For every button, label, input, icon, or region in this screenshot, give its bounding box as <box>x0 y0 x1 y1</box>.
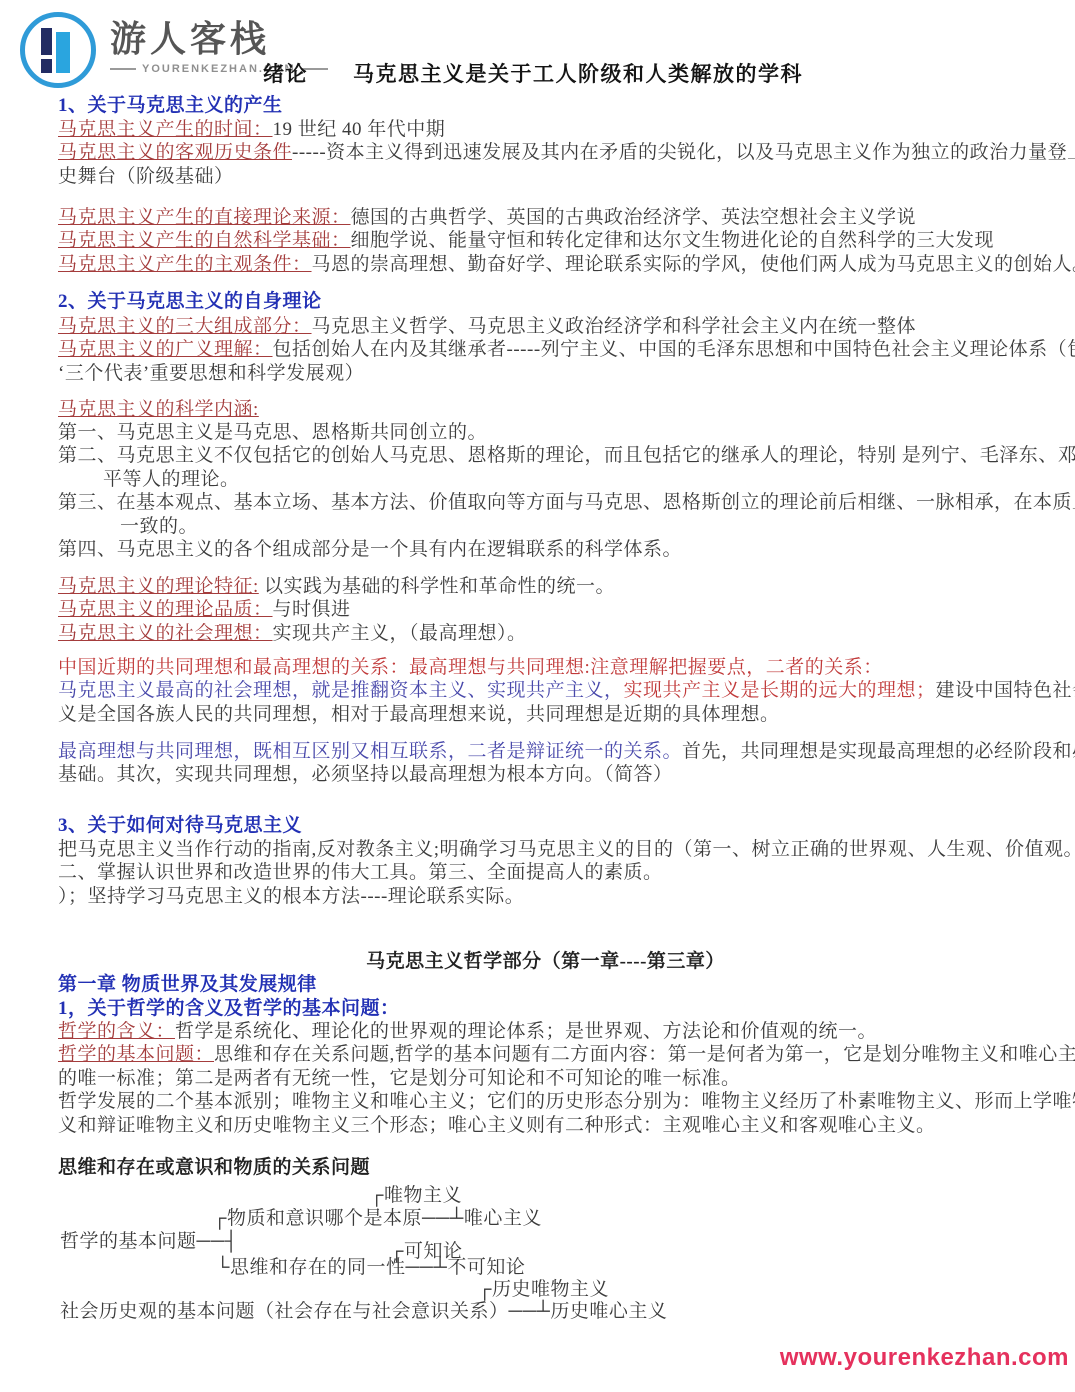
term-label: 马克思主义的社会理想： <box>58 623 273 644</box>
term-label: 马克思主义产生的主观条件： <box>58 254 312 275</box>
diagram-node: 哲学的基本问题──┤ <box>60 1226 238 1253</box>
bold-text: 思维和存在或意识和物质的关系问题 <box>58 1157 370 1178</box>
text-line: 马克思主义的社会理想：实现共产主义，（最高理想）。 <box>58 622 1033 645</box>
text-block: 中国近期的共同理想和最高理想的关系：最高理想与共同理想:注意理解把握要点，二者的… <box>58 656 1033 726</box>
section-heading: 第一章 物质世界及其发展规律 <box>58 974 317 995</box>
text-line: ‘三个代表’重要思想和科学发展观） <box>58 362 1033 385</box>
text-block: 马克思主义的科学内涵: <box>58 398 1033 421</box>
red-text: 实现共产主义是长期的远大的理想； <box>624 680 936 701</box>
body-text: 平等人的理论。 <box>103 469 240 490</box>
text-line: 马克思主义产生的自然科学基础：细胞学说、能量守恒和转化定律和达尔文生物进化论的自… <box>58 229 1033 252</box>
logo-icon <box>20 12 96 88</box>
text-line: 马克思主义最高的社会理想，就是推翻资本主义、实现共产主义，实现共产主义是长期的远… <box>58 679 1033 702</box>
text-line: 马克思主义的理论特征: 以实践为基础的科学性和革命性的统一。 <box>58 575 1033 598</box>
body-text: 把马克思主义当作行动的指南,反对教条主义;明确学习马克思主义的目的（第一、树立正… <box>58 839 1075 860</box>
body-text: 基础。其次，实现共同理想，必须坚持以最高理想为根本方向。（简答） <box>58 764 673 785</box>
body-text: 第二、马克思主义不仅包括它的创始人马克思、恩格斯的理论，而且包括它的继承人的理论… <box>58 445 1075 466</box>
body-text: 首先，共同理想是实现最高理想的必经阶段和必要 <box>682 741 1075 762</box>
body-text: 第一、马克思主义是马克思、恩格斯共同创立的。 <box>58 422 487 443</box>
text-block: 1、关于马克思主义的产生 <box>58 94 1033 117</box>
text-line: 马克思主义产生的直接理论来源：德国的古典哲学、英国的古典政治经济学、英法空想社会… <box>58 206 1033 229</box>
text-line: 第一、马克思主义是马克思、恩格斯共同创立的。 <box>58 421 1033 444</box>
text-line: 平等人的理论。 <box>58 468 1033 491</box>
text-line: 最高理想与共同理想，既相互区别又相互联系，二者是辩证统一的关系。首先，共同理想是… <box>58 740 1033 763</box>
text-line: 哲学的含义：哲学是系统化、理论化的世界观的理论体系；是世界观、方法论和价值观的统… <box>58 1020 1033 1043</box>
logo-bar-dark <box>41 28 52 55</box>
text-line: 马克思主义产生的主观条件：马恩的崇高理想、勤奋好学、理论联系实际的学风，使他们两… <box>58 253 1033 276</box>
text-line: 马克思主义的理论品质：与时俱进 <box>58 598 1033 621</box>
text-line: 马克思主义的客观历史条件-----资本主义得到迅速发展及其内在矛盾的尖锐化，以及… <box>58 141 1033 164</box>
text-line: 第三、在基本观点、基本立场、基本方法、价值取向等方面与马克思、恩格斯创立的理论前… <box>58 491 1033 514</box>
body-text: 包括创始人在内及其继承者-----列宁主义、中国的毛泽东思想和中国特色社会主义理… <box>273 339 1075 360</box>
body-text: 的唯一标准；第二是两者有无统一性，它是划分可知论和不可知论的唯一标准。 <box>58 1068 741 1089</box>
body-text: 马恩的崇高理想、勤奋好学、理论联系实际的学风，使他们两人成为马克思主义的创始人。 <box>312 254 1075 275</box>
text-line: 史舞台（阶级基础） <box>58 165 1033 188</box>
body-text: 二、掌握认识世界和改造世界的伟大工具。第三、全面提高人的素质。 <box>58 862 663 883</box>
body-text: -----资本主义得到迅速发展及其内在矛盾的尖锐化，以及马克思主义作为独立的政治… <box>292 142 1075 163</box>
text-block: 最高理想与共同理想，既相互区别又相互联系，二者是辩证统一的关系。首先，共同理想是… <box>58 740 1033 787</box>
term-label: 马克思主义的理论特征: <box>58 576 259 597</box>
body-text: 第三、在基本观点、基本立场、基本方法、价值取向等方面与马克思、恩格斯创立的理论前… <box>58 492 1075 513</box>
text-block: 马克思主义哲学部分（第一章----第三章） <box>58 950 1033 973</box>
term-label: 哲学的含义： <box>58 1021 175 1042</box>
body-text: 细胞学说、能量守恒和转化定律和达尔文生物进化论的自然科学的三大发现 <box>351 230 995 251</box>
text-block: 1，关于哲学的含义及哲学的基本问题： <box>58 997 1033 1020</box>
page-title: 绪论 马克思主义是关于工人阶级和人类解放的学科 <box>263 58 803 88</box>
text-line: 义是全国各族人民的共同理想，相对于最高理想来说，共同理想是近期的具体理想。 <box>58 703 1033 726</box>
text-line: 2、关于马克思主义的自身理论 <box>58 290 1033 313</box>
body-text: ‘三个代表’重要思想和科学发展观） <box>58 363 364 384</box>
text-line: 马克思主义的科学内涵: <box>58 398 1033 421</box>
document-page: 游人客栈 YOURENKEZHAN.COM 绪论 马克思主义是关于工人阶级和人类… <box>0 0 1075 1392</box>
term-label: 马克思主义的客观历史条件 <box>58 142 292 163</box>
bold-text: 马克思主义哲学部分（第一章----第三章） <box>366 951 725 972</box>
term-label: 马克思主义产生的直接理论来源： <box>58 207 351 228</box>
logo-bar-light <box>56 32 70 73</box>
text-line: 第二、马克思主义不仅包括它的创始人马克思、恩格斯的理论，而且包括它的继承人的理论… <box>58 444 1033 467</box>
section-heading: 3、关于如何对待马克思主义 <box>58 815 302 836</box>
text-line: 3、关于如何对待马克思主义 <box>58 814 1033 837</box>
body-text: 史舞台（阶级基础） <box>58 166 234 187</box>
body-text: 以实践为基础的科学性和革命性的统一。 <box>259 576 615 597</box>
section-heading: 1，关于哲学的含义及哲学的基本问题： <box>58 998 400 1019</box>
text-line: 马克思主义哲学部分（第一章----第三章） <box>58 950 1033 973</box>
text-line: 哲学的基本问题：思维和存在关系问题,哲学的基本问题有二方面内容：第一是何者为第一… <box>58 1043 1033 1066</box>
section-heading: 1、关于马克思主义的产生 <box>58 95 283 116</box>
text-block: 马克思主义产生的直接理论来源：德国的古典哲学、英国的古典政治经济学、英法空想社会… <box>58 206 1033 276</box>
text-block: 思维和存在或意识和物质的关系问题 <box>58 1156 1033 1179</box>
text-line: 义和辩证唯物主义和历史唯物主义三个形态；唯心主义则有二种形式：主观唯心主义和客观… <box>58 1114 1033 1137</box>
body-text: 哲学是系统化、理论化的世界观的理论体系；是世界观、方法论和价值观的统一。 <box>175 1021 877 1042</box>
body-text: 与时俱进 <box>273 599 351 620</box>
body-text: 一致的。 <box>120 516 198 537</box>
term-label: 马克思主义的理论品质： <box>58 599 273 620</box>
text-line: 第一章 物质世界及其发展规律 <box>58 973 1033 996</box>
term-label: 马克思主义的科学内涵: <box>58 399 259 420</box>
watermark-url: www.yourenkezhan.com <box>780 1344 1069 1372</box>
text-line: 二、掌握认识世界和改造世界的伟大工具。第三、全面提高人的素质。 <box>58 861 1033 884</box>
body-text: 19 世纪 40 年代中期 <box>273 119 446 140</box>
body-text: 第四、马克思主义的各个组成部分是一个具有内在逻辑联系的科学体系。 <box>58 539 682 560</box>
emphasis-text: 马克思主义最高的社会理想，就是推翻资本主义、实现共产主义， <box>58 680 624 701</box>
section-heading: 2、关于马克思主义的自身理论 <box>58 291 322 312</box>
diagram-node: ┌物质和意识哪个是本原──┴唯心主义 <box>213 1203 542 1230</box>
logo-brand: 游人客栈 <box>110 20 328 58</box>
text-block: 马克思主义的三大组成部分：马克思主义哲学、马克思主义政治经济学和科学社会主义内在… <box>58 315 1033 385</box>
text-line: 马克思主义产生的时间：19 世纪 40 年代中期 <box>58 118 1033 141</box>
term-label: 马克思主义产生的自然科学基础： <box>58 230 351 251</box>
text-line: 把马克思主义当作行动的指南,反对教条主义;明确学习马克思主义的目的（第一、树立正… <box>58 838 1033 861</box>
text-block: 马克思主义的理论特征: 以实践为基础的科学性和革命性的统一。马克思主义的理论品质… <box>58 575 1033 645</box>
text-line: 一致的。 <box>58 515 1033 538</box>
term-label: 马克思主义产生的时间： <box>58 119 273 140</box>
red-text: 中国近期的共同理想和最高理想的关系：最高理想与共同理想:注意理解把握要点，二者的… <box>58 657 883 678</box>
text-block: 马克思主义产生的时间：19 世纪 40 年代中期马克思主义的客观历史条件----… <box>58 118 1033 188</box>
text-line: 马克思主义的三大组成部分：马克思主义哲学、马克思主义政治经济学和科学社会主义内在… <box>58 315 1033 338</box>
diagram-node: 社会历史观的基本问题（社会存在与社会意识关系）──┴历史唯心主义 <box>60 1296 667 1323</box>
term-label: 哲学的基本问题： <box>58 1044 214 1065</box>
logo-bar-dot <box>41 59 52 73</box>
emphasis-text: 最高理想与共同理想，既相互区别又相互联系，二者是辩证统一的关系。 <box>58 741 682 762</box>
text-block: 2、关于马克思主义的自身理论 <box>58 290 1033 313</box>
dash-divider <box>110 68 136 70</box>
body-text: 马克思主义哲学、马克思主义政治经济学和科学社会主义内在统一整体 <box>312 316 917 337</box>
body-text: 思维和存在关系问题,哲学的基本问题有二方面内容：第一是何者为第一，它是划分唯物主… <box>214 1044 1075 1065</box>
text-line: 1，关于哲学的含义及哲学的基本问题： <box>58 997 1033 1020</box>
text-line: 思维和存在或意识和物质的关系问题 <box>58 1156 1033 1179</box>
body-text: 建设中国特色社会主 <box>936 680 1075 701</box>
term-label: 马克思主义的广义理解： <box>58 339 273 360</box>
text-line: 1、关于马克思主义的产生 <box>58 94 1033 117</box>
body-text: 哲学发展的二个基本派别；唯物主义和唯心主义；它们的历史形态分别为：唯物主义经历了… <box>58 1091 1075 1112</box>
text-block: 第一、马克思主义是马克思、恩格斯共同创立的。第二、马克思主义不仅包括它的创始人马… <box>58 421 1033 561</box>
body-text: ）；坚持学习马克思主义的根本方法----理论联系实际。 <box>58 886 524 907</box>
text-line: 基础。其次，实现共同理想，必须坚持以最高理想为根本方向。（简答） <box>58 763 1033 786</box>
text-block: 哲学的含义：哲学是系统化、理论化的世界观的理论体系；是世界观、方法论和价值观的统… <box>58 1020 1033 1137</box>
text-line: 马克思主义的广义理解：包括创始人在内及其继承者-----列宁主义、中国的毛泽东思… <box>58 338 1033 361</box>
body-text: 实现共产主义，（最高理想）。 <box>273 623 527 644</box>
body-text: 义和辩证唯物主义和历史唯物主义三个形态；唯心主义则有二种形式：主观唯心主义和客观… <box>58 1115 936 1136</box>
body-text: 义是全国各族人民的共同理想，相对于最高理想来说，共同理想是近期的具体理想。 <box>58 704 780 725</box>
text-line: ）；坚持学习马克思主义的根本方法----理论联系实际。 <box>58 885 1033 908</box>
text-line: 哲学发展的二个基本派别；唯物主义和唯心主义；它们的历史形态分别为：唯物主义经历了… <box>58 1090 1033 1113</box>
text-line: 的唯一标准；第二是两者有无统一性，它是划分可知论和不可知论的唯一标准。 <box>58 1067 1033 1090</box>
body-text: 德国的古典哲学、英国的古典政治经济学、英法空想社会主义学说 <box>351 207 917 228</box>
text-line: 第四、马克思主义的各个组成部分是一个具有内在逻辑联系的科学体系。 <box>58 538 1033 561</box>
text-line: 中国近期的共同理想和最高理想的关系：最高理想与共同理想:注意理解把握要点，二者的… <box>58 656 1033 679</box>
text-block: 第一章 物质世界及其发展规律 <box>58 973 1033 996</box>
text-block: 3、关于如何对待马克思主义 <box>58 814 1033 837</box>
text-block: 把马克思主义当作行动的指南,反对教条主义;明确学习马克思主义的目的（第一、树立正… <box>58 838 1033 908</box>
term-label: 马克思主义的三大组成部分： <box>58 316 312 337</box>
